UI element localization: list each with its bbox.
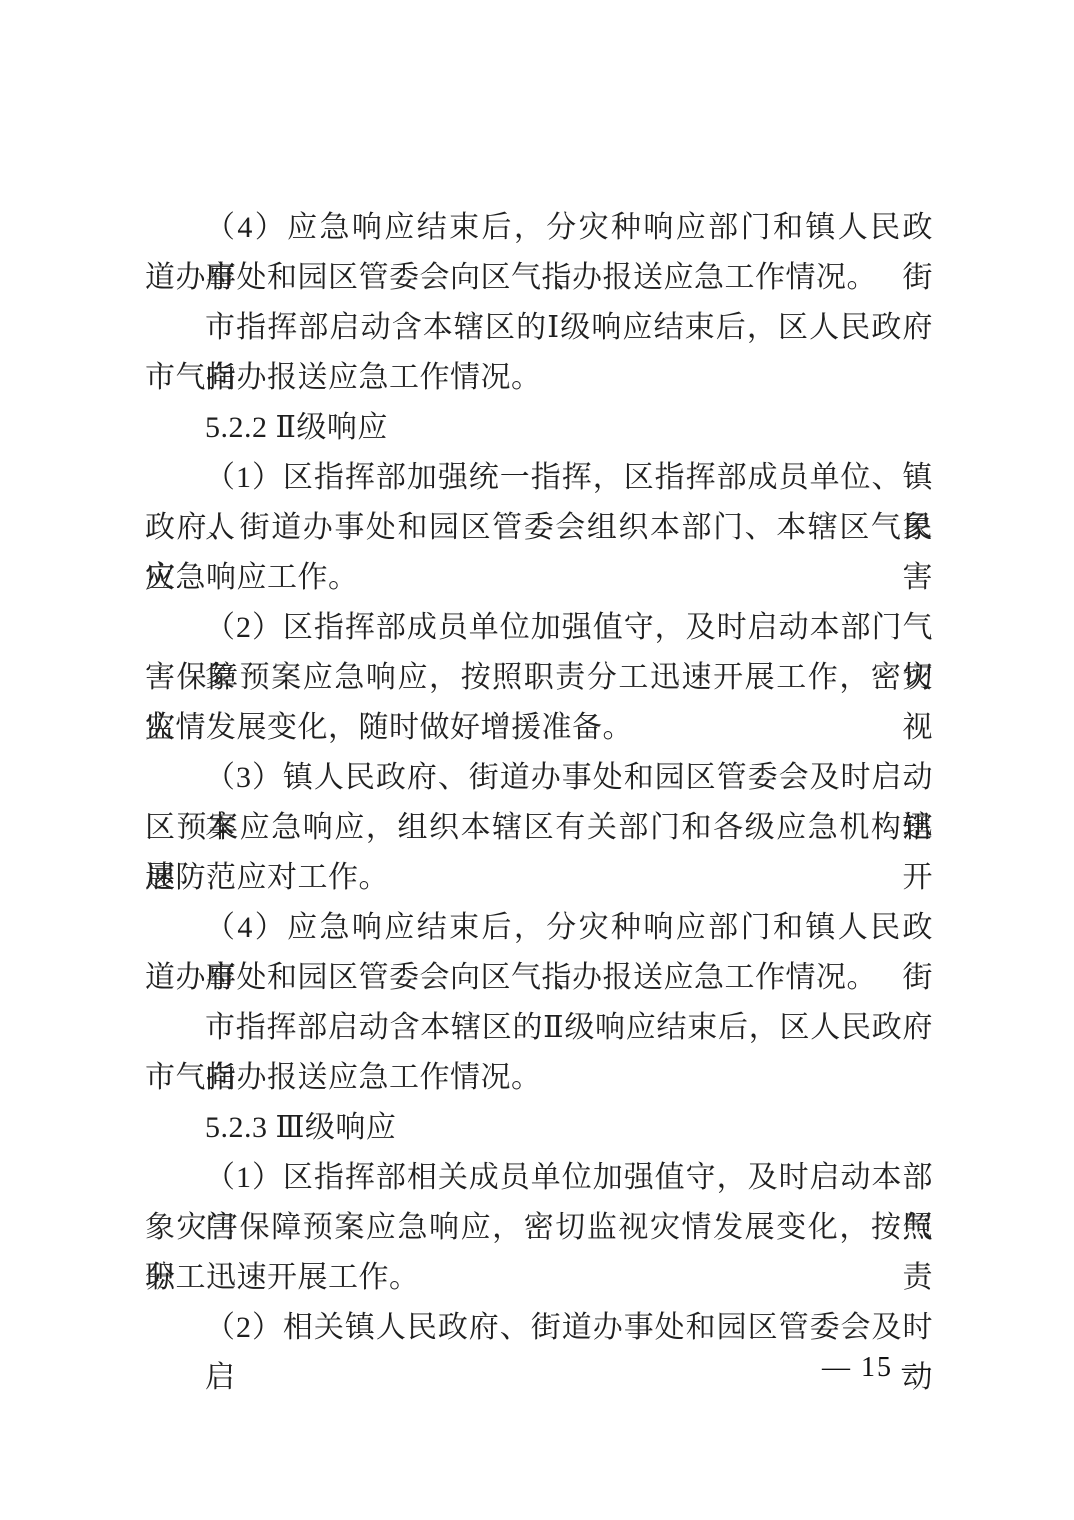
text-line: 道办事处和园区管委会向区气指办报送应急工作情况。	[145, 953, 933, 1003]
text-line: （1）区指挥部加强统一指挥，区指挥部成员单位、镇人民	[145, 453, 933, 503]
text-block: （4）应急响应结束后，分灾种响应部门和镇人民政府、街 道办事处和园区管委会向区气…	[145, 203, 933, 1353]
section-heading-5-2-2: 5.2.2 Ⅱ级响应	[145, 403, 933, 453]
section-heading-5-2-3: 5.2.3 Ⅲ级响应	[145, 1103, 933, 1153]
text-line: （2）区指挥部成员单位加强值守，及时启动本部门气象灾	[145, 603, 933, 653]
page-footer: — 15 —	[822, 1348, 932, 1388]
text-line: 市气指办报送应急工作情况。	[145, 353, 933, 403]
text-line: （3）镇人民政府、街道办事处和园区管委会及时启动本辖	[145, 753, 933, 803]
text-line: 市指挥部启动含本辖区的Ⅰ级响应结束后，区人民政府向	[145, 303, 933, 353]
text-line: （4）应急响应结束后，分灾种响应部门和镇人民政府、街	[145, 203, 933, 253]
text-line: （2）相关镇人民政府、街道办事处和园区管委会及时启动	[145, 1303, 933, 1353]
text-line: 害保障预案应急响应，按照职责分工迅速开展工作，密切监视	[145, 653, 933, 703]
text-line: 区预案应急响应，组织本辖区有关部门和各级应急机构迅速开	[145, 803, 933, 853]
text-line: 政府、街道办事处和园区管委会组织本部门、本辖区气象灾害	[145, 503, 933, 553]
text-line: 市指挥部启动含本辖区的Ⅱ级响应结束后，区人民政府向	[145, 1003, 933, 1053]
text-line: 象灾害保障预案应急响应，密切监视灾情发展变化，按照职责	[145, 1203, 933, 1253]
text-line: （1）区指挥部相关成员单位加强值守，及时启动本部门气	[145, 1153, 933, 1203]
text-line: （4）应急响应结束后，分灾种响应部门和镇人民政府、街	[145, 903, 933, 953]
document-page: （4）应急响应结束后，分灾种响应部门和镇人民政府、街 道办事处和园区管委会向区气…	[0, 0, 1074, 1520]
text-line: 道办事处和园区管委会向区气指办报送应急工作情况。	[145, 253, 933, 303]
text-line: 市气指办报送应急工作情况。	[145, 1053, 933, 1103]
